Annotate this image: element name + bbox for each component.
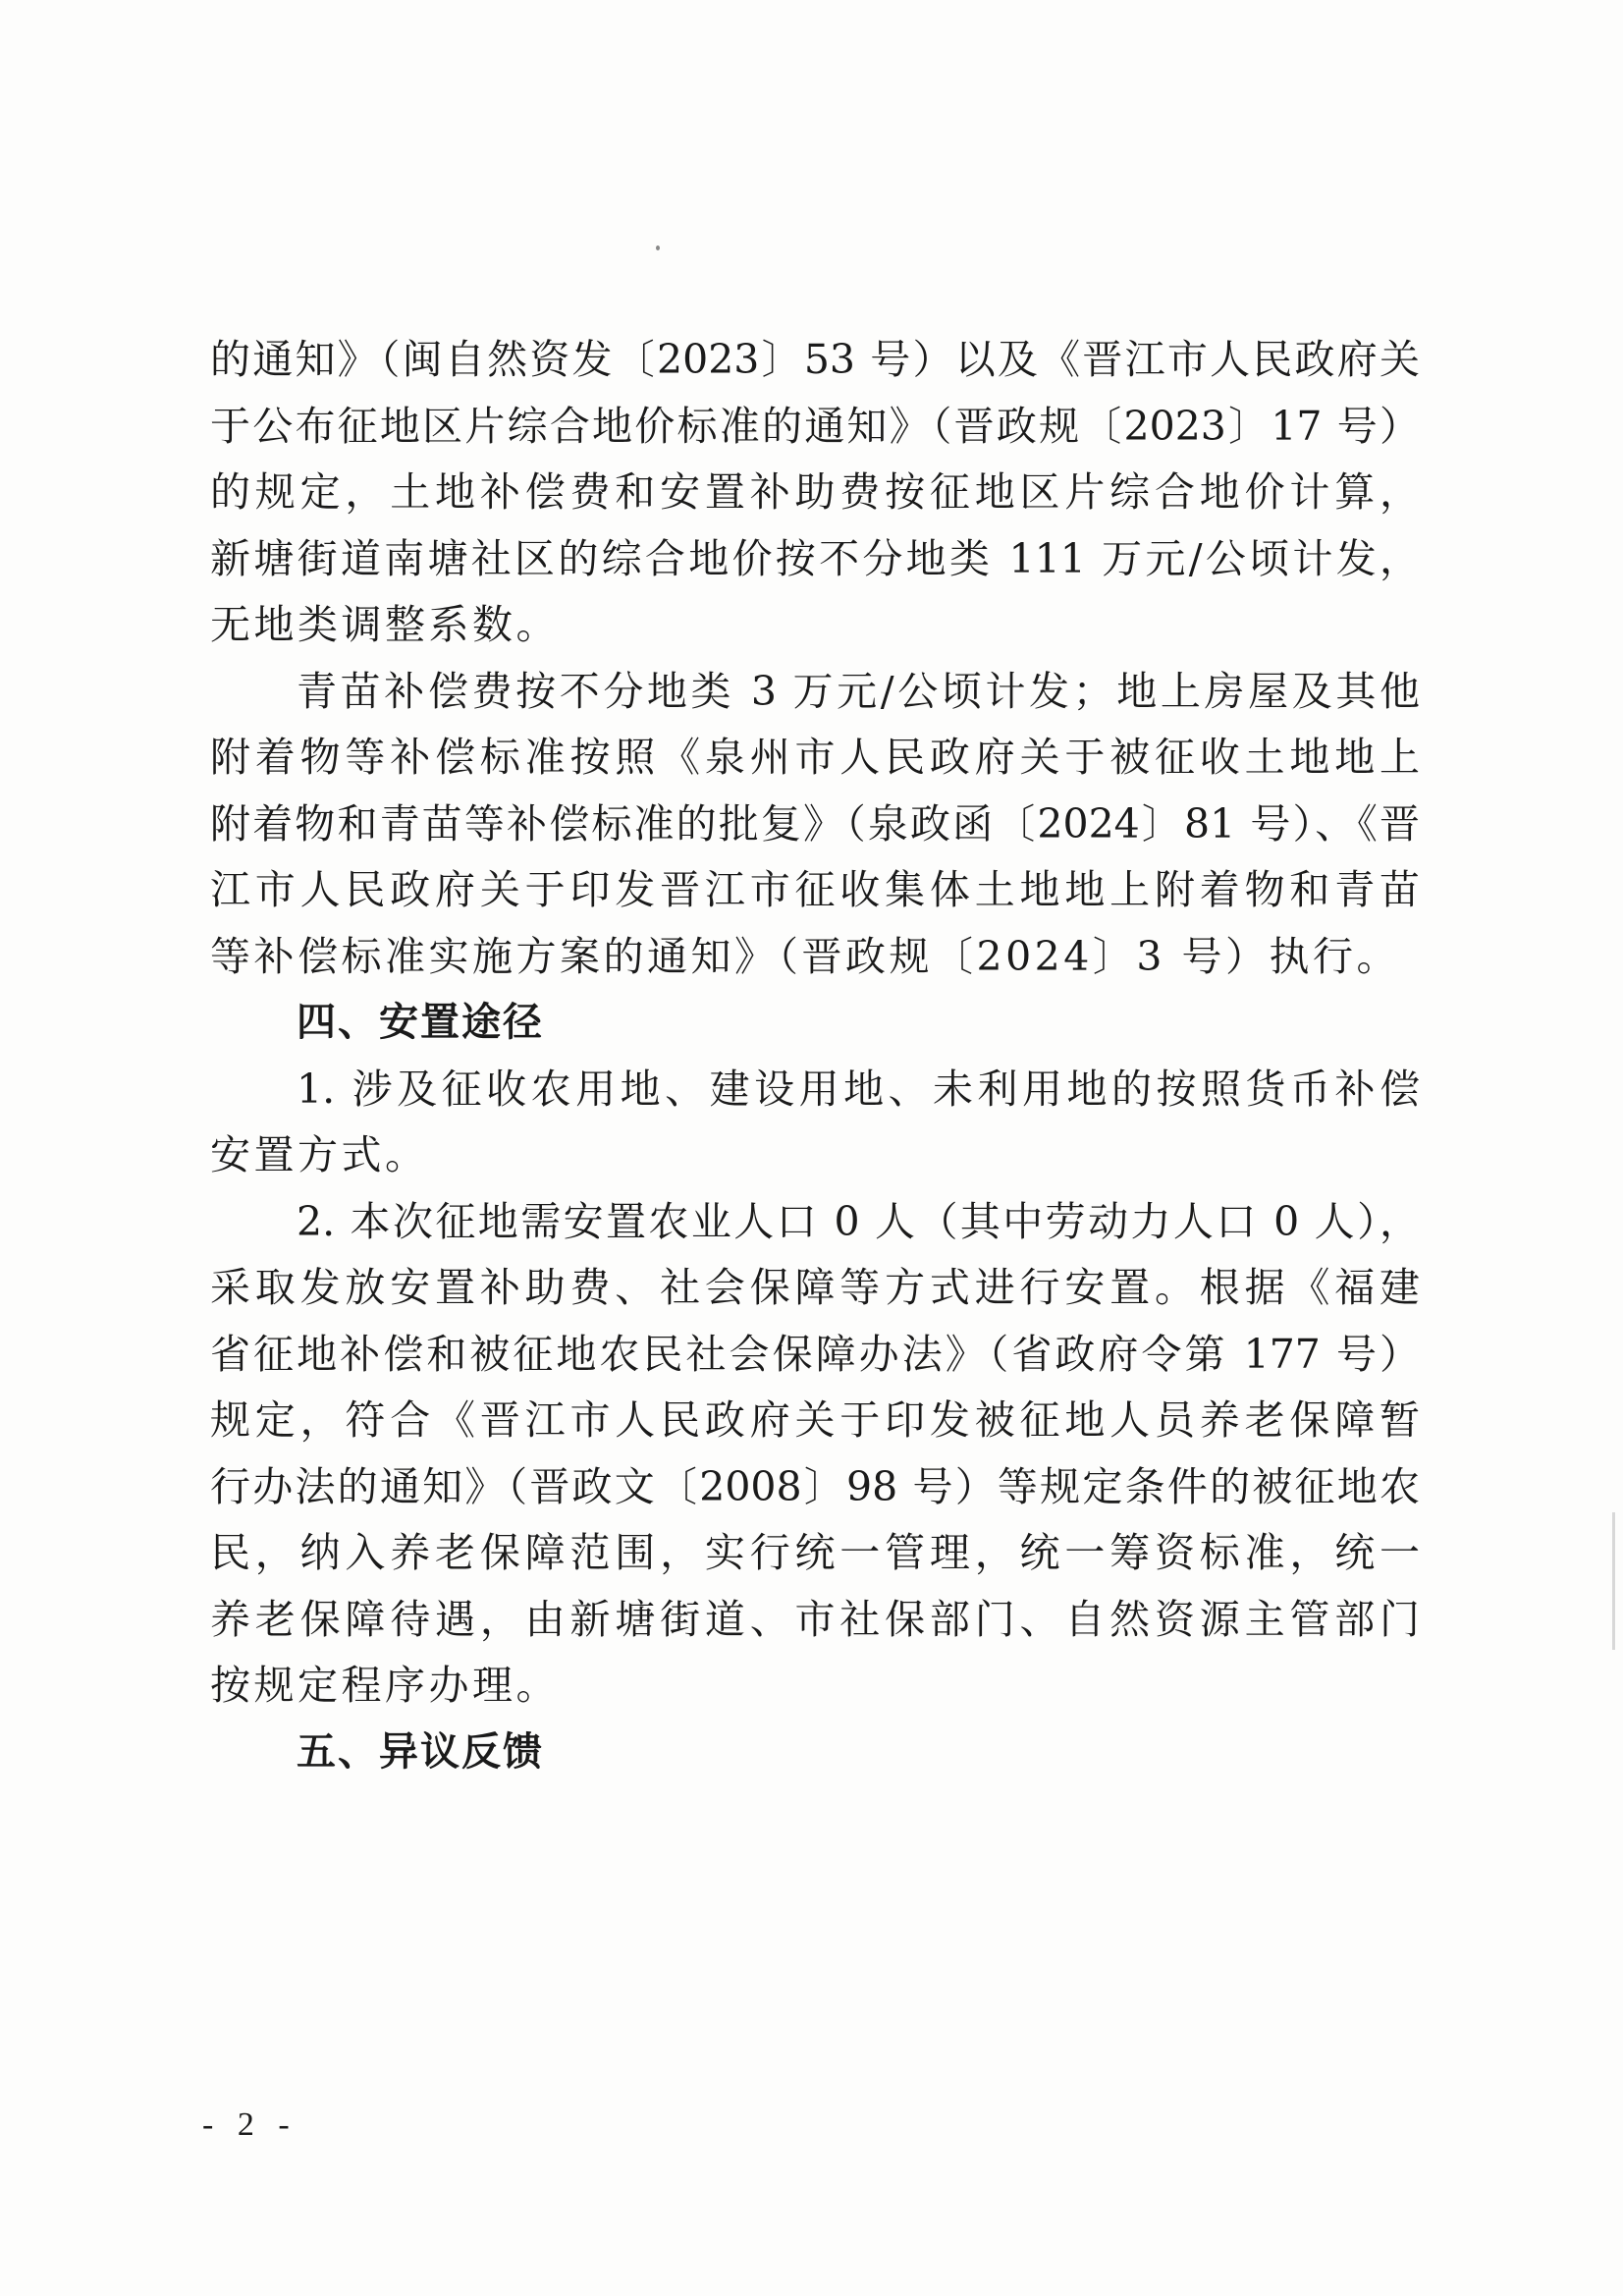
scan-speck xyxy=(656,246,660,250)
text-line: 青苗补偿费按不分地类 3 万元/公顷计发；地上房屋及其他 xyxy=(210,659,1420,726)
section-heading: 五、异议反馈 xyxy=(210,1720,1420,1786)
text-line: 民，纳入养老保障范围，实行统一管理，统一筹资标准，统一 xyxy=(210,1520,1420,1587)
page-number: - 2 - xyxy=(202,2106,298,2144)
text-line: 江市人民政府关于印发晋江市征收集体土地地上附着物和青苗 xyxy=(210,857,1420,924)
text-line: 于公布征地区片综合地价标准的通知》（晋政规〔2023〕17 号） xyxy=(210,394,1420,461)
text-line: 省征地补偿和被征地农民社会保障办法》（省政府令第 177 号） xyxy=(210,1322,1420,1389)
text-line: 的通知》（闽自然资发〔2023〕53 号）以及《晋江市人民政府关 xyxy=(210,327,1420,394)
text-line: 规定，符合《晋江市人民政府关于印发被征地人员养老保障暂 xyxy=(210,1388,1420,1454)
text-line: 附着物和青苗等补偿标准的批复》（泉政函〔2024〕81 号）、《晋 xyxy=(210,792,1420,858)
scan-edge-mark xyxy=(1612,1512,1615,1650)
document-page: 的通知》（闽自然资发〔2023〕53 号）以及《晋江市人民政府关 于公布征地区片… xyxy=(0,0,1623,2296)
text-line: 的规定，土地补偿费和安置补助费按征地区片综合地价计算， xyxy=(210,460,1420,526)
document-body: 的通知》（闽自然资发〔2023〕53 号）以及《晋江市人民政府关 于公布征地区片… xyxy=(210,327,1420,1785)
text-line: 等补偿标准实施方案的通知》（晋政规〔2024〕3 号）执行。 xyxy=(210,924,1420,991)
text-line: 新塘街道南塘社区的综合地价按不分地类 111 万元/公顷计发， xyxy=(210,526,1420,593)
text-line: 养老保障待遇，由新塘街道、市社保部门、自然资源主管部门 xyxy=(210,1587,1420,1654)
text-line: 采取发放安置补助费、社会保障等方式进行安置。根据《福建 xyxy=(210,1255,1420,1322)
text-line: 无地类调整系数。 xyxy=(210,592,1420,659)
text-line: 1. 涉及征收农用地、建设用地、未利用地的按照货币补偿 xyxy=(210,1057,1420,1123)
text-line: 按规定程序办理。 xyxy=(210,1653,1420,1720)
section-heading: 四、安置途径 xyxy=(210,990,1420,1057)
text-line: 行办法的通知》（晋政文〔2008〕98 号）等规定条件的被征地农 xyxy=(210,1454,1420,1521)
text-line: 附着物等补偿标准按照《泉州市人民政府关于被征收土地地上 xyxy=(210,725,1420,792)
text-line: 安置方式。 xyxy=(210,1122,1420,1189)
text-line: 2. 本次征地需安置农业人口 0 人（其中劳动力人口 0 人）， xyxy=(210,1189,1420,1256)
